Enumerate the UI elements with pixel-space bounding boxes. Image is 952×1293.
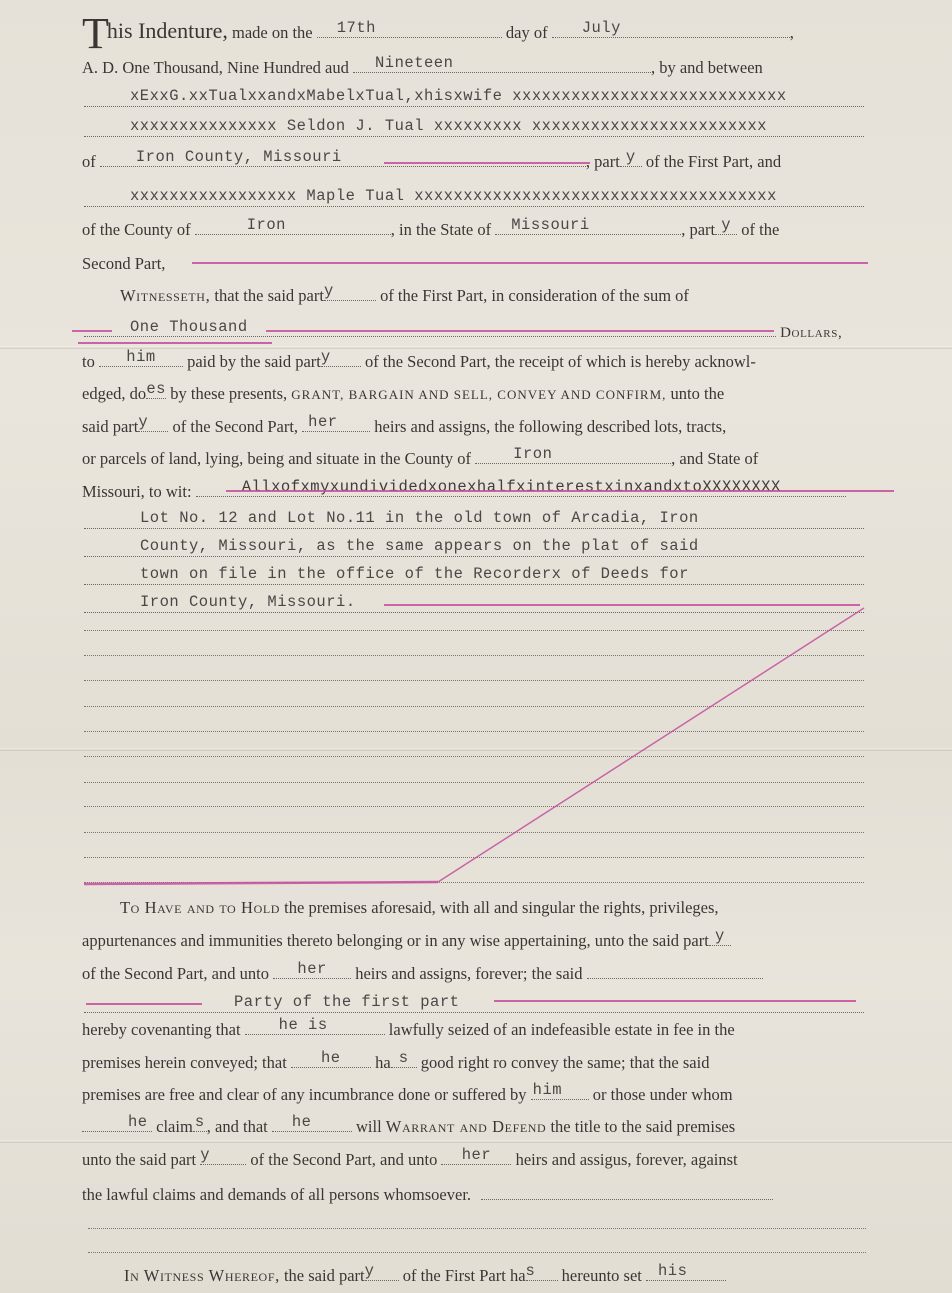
pronoun-value: her	[273, 960, 351, 978]
pronoun-value: his	[658, 1262, 726, 1280]
suffered-by-field[interactable]: him	[531, 1083, 589, 1100]
covenant-line-3: premises are free and clear of any incum…	[82, 1083, 733, 1107]
covenant-line-4: he claims, and that he will Warrant and …	[82, 1115, 735, 1139]
pink-strike-line	[494, 1000, 856, 1002]
habendum-plural-field[interactable]: y	[709, 929, 731, 946]
whomsoever-blank[interactable]	[481, 1183, 773, 1200]
seized-value: he is	[279, 1016, 385, 1034]
covenant-text-2: lawfully seized of an indefeasible estat…	[389, 1020, 735, 1039]
said-field-blank[interactable]	[587, 962, 763, 979]
claims-suffix: s	[193, 1113, 207, 1131]
habendum-text-4: heirs and assigns, forever; the said	[355, 964, 582, 983]
covenant-text-6: or those under whom	[593, 1085, 733, 1104]
covenant-text-4: good right ro convey the same; that the …	[421, 1053, 710, 1072]
habendum-pronoun-field[interactable]: her	[273, 962, 351, 979]
claims-pronoun-field[interactable]: he	[82, 1115, 152, 1132]
habendum-text-1: the premises aforesaid, with all and sin…	[284, 898, 718, 917]
habendum-text-2: appurtenances and immunities thereto bel…	[82, 931, 709, 950]
blank-rule	[88, 1252, 866, 1253]
habendum-line-2: appurtenances and immunities thereto bel…	[82, 929, 731, 953]
covenant-line-5: unto the said part y of the Second Part,…	[82, 1148, 738, 1172]
covenant-text-12: the lawful claims and demands of all per…	[82, 1185, 471, 1204]
pronoun-value: he	[128, 1113, 152, 1131]
covenant-text: hereby covenanting that	[82, 1020, 241, 1039]
claim-text: claim	[156, 1117, 193, 1136]
covenant-text-7: , and that	[207, 1117, 268, 1136]
habendum-label: To Have and to Hold	[120, 898, 280, 917]
party-letter: y	[709, 927, 731, 945]
witness-plural-field[interactable]: y	[365, 1264, 399, 1281]
witness-has-field[interactable]: s	[526, 1264, 558, 1281]
warrant-defend-label: Warrant and Defend	[386, 1117, 547, 1136]
has-suffix: s	[391, 1049, 417, 1067]
habendum-line-1: To Have and to Hold the premises aforesa…	[120, 896, 719, 920]
covenant-text-10: of the Second Part, and unto	[250, 1150, 437, 1169]
covenant-text-8: the title to the said premises	[550, 1117, 735, 1136]
habendum-text-3: of the Second Part, and unto	[82, 964, 269, 983]
blank-rule	[88, 1228, 866, 1229]
seized-field[interactable]: he is	[245, 1018, 385, 1035]
covenant-line-2: premises herein conveyed; that he has go…	[82, 1051, 709, 1075]
covenant-text-3: premises herein conveyed; that	[82, 1053, 287, 1072]
will-text: will	[356, 1117, 382, 1136]
covenant-line-1: hereby covenanting that he is lawfully s…	[82, 1018, 735, 1042]
right-pronoun-field[interactable]: he	[291, 1051, 371, 1068]
warrant-pronoun-field[interactable]: he	[272, 1115, 352, 1132]
witness-text-2: of the First Part ha	[403, 1266, 526, 1285]
covenant-text-9: unto the said part	[82, 1150, 196, 1169]
pronoun-value: he	[321, 1049, 371, 1067]
witness-whereof-line: In Witness Whereof, the said party of th…	[124, 1264, 726, 1288]
covenant-line-6: the lawful claims and demands of all per…	[82, 1183, 773, 1207]
witness-pronoun-field[interactable]: his	[646, 1264, 726, 1281]
covenant-text-5: premises are free and clear of any incum…	[82, 1085, 527, 1104]
witness-whereof-label: In Witness Whereof,	[124, 1266, 280, 1285]
covenant-text-11: heirs and assigus, forever, against	[516, 1150, 738, 1169]
has-suffix: s	[526, 1262, 558, 1280]
pronoun-value: her	[441, 1146, 511, 1164]
has-prefix: ha	[375, 1053, 391, 1072]
pronoun-value: he	[292, 1113, 352, 1131]
unto-plural-field[interactable]: y	[200, 1148, 246, 1165]
pink-strike-line	[86, 1003, 202, 1005]
pronoun-value: him	[533, 1081, 589, 1099]
witness-text-3: hereunto set	[562, 1266, 642, 1285]
has-suffix-field[interactable]: s	[391, 1051, 417, 1068]
party-letter: y	[365, 1262, 399, 1280]
party-letter: y	[200, 1146, 246, 1164]
habendum-line-3: of the Second Part, and unto her heirs a…	[82, 962, 763, 986]
unto-pronoun-field[interactable]: her	[441, 1148, 511, 1165]
grantor-party-value: Party of the first part	[234, 993, 459, 1011]
claims-suffix-field[interactable]: s	[193, 1115, 207, 1132]
witness-text: the said part	[284, 1266, 365, 1285]
